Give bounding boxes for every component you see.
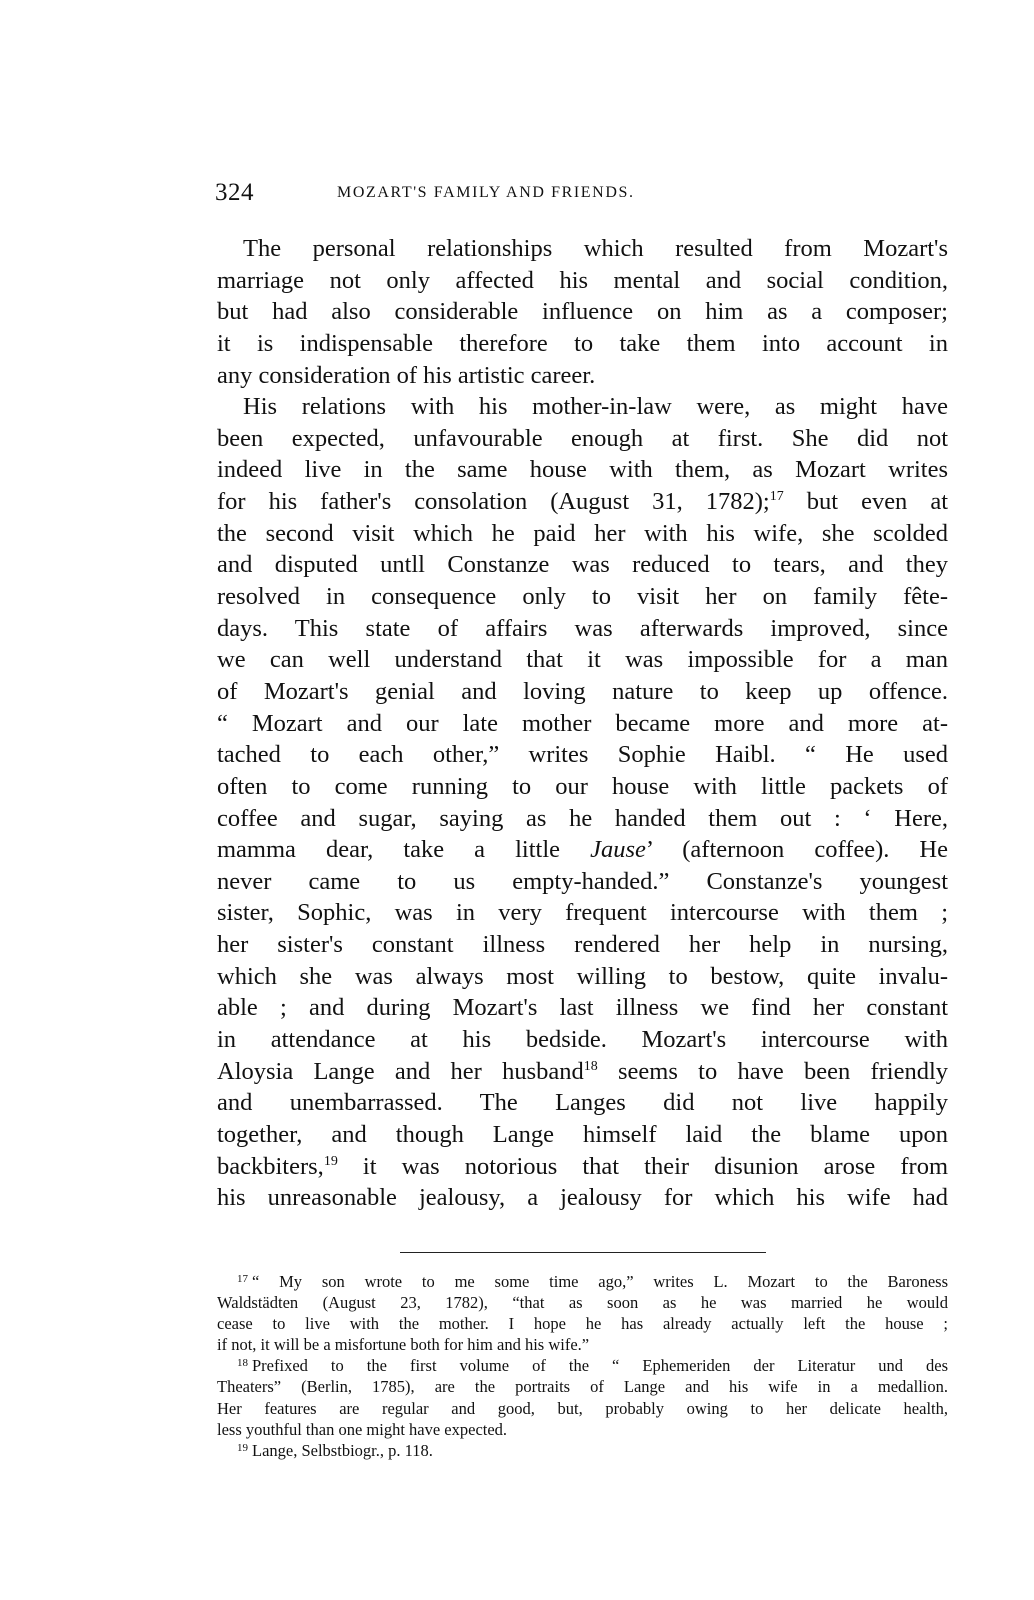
text-line: days. This state of affairs was afterwar… [217, 613, 948, 645]
text-segment: seems to have been friendly [598, 1058, 948, 1085]
text-line: her sister's constant illness rendered h… [217, 929, 948, 961]
text-segment: Aloysia Lange and her husband [217, 1058, 584, 1085]
footnote-text: “ My son wrote to me some time ago,” wri… [252, 1272, 948, 1291]
text-line: “ Mozart and our late mother became more… [217, 708, 948, 740]
footnote-line: Theaters” (Berlin, 1785), are the portra… [217, 1376, 948, 1397]
text-line: never came to us empty-handed.” Constanz… [217, 866, 948, 898]
text-line: The personal relationships which resulte… [217, 233, 948, 265]
text-line: it is indispensable therefore to take th… [217, 328, 948, 360]
text-segment: mamma dear, take a little [217, 836, 590, 863]
text-segment: for his father's consolation (August 31,… [217, 488, 770, 515]
text-segment: ’ (afternoon coffee). He [646, 836, 948, 863]
italic-term: Jause [590, 836, 646, 863]
footnote-line: cease to live with the mother. I hope he… [217, 1313, 948, 1334]
text-line: together, and though Lange himself laid … [217, 1119, 948, 1151]
text-line: but had also considerable influence on h… [217, 296, 948, 328]
footnote-ref-17[interactable]: 17 [770, 489, 784, 504]
text-line: for his father's consolation (August 31,… [217, 486, 948, 518]
text-line: backbiters,19 it was notorious that thei… [217, 1151, 948, 1183]
footnote-number: 17 [237, 1273, 248, 1285]
footnote-19: 19Lange, Selbstbiogr., p. 118. [217, 1440, 948, 1461]
body-text: The personal relationships which resulte… [217, 233, 948, 1214]
text-line: which she was always most willing to bes… [217, 961, 948, 993]
text-line: marriage not only affected his mental an… [217, 265, 948, 297]
footnotes: 17“ My son wrote to me some time ago,” w… [217, 1271, 948, 1461]
text-line: been expected, unfavourable enough at fi… [217, 423, 948, 455]
footnote-text: Prefixed to the first volume of the “ Ep… [252, 1356, 948, 1375]
text-line: resolved in consequence only to visit he… [217, 581, 948, 613]
page-number: 324 [215, 179, 254, 207]
footnote-number: 18 [237, 1357, 248, 1369]
text-line: able ; and during Mozart's last illness … [217, 992, 948, 1024]
running-title: MOZART'S FAMILY AND FRIENDS. [337, 184, 635, 202]
text-line: His relations with his mother-in-law wer… [217, 391, 948, 423]
text-line: and unembarrassed. The Langes did not li… [217, 1087, 948, 1119]
text-line: we can well understand that it was impos… [217, 644, 948, 676]
footnote-line: less youthful than one might have expect… [217, 1419, 948, 1440]
footnote-ref-18[interactable]: 18 [584, 1059, 598, 1074]
text-line: any consideration of his artistic career… [217, 360, 948, 392]
book-page: 324 MOZART'S FAMILY AND FRIENDS. The per… [0, 0, 1034, 1600]
text-line: in attendance at his bedside. Mozart's i… [217, 1024, 948, 1056]
page-header: 324 MOZART'S FAMILY AND FRIENDS. [215, 179, 950, 209]
footnote-number: 19 [237, 1442, 248, 1454]
text-line: and disputed untll Constanze was reduced… [217, 549, 948, 581]
footnote-17: 17“ My son wrote to me some time ago,” w… [217, 1271, 948, 1292]
text-segment: but even at [784, 488, 948, 515]
text-line: the second visit which he paid her with … [217, 518, 948, 550]
text-line: tached to each other,” writes Sophie Hai… [217, 739, 948, 771]
footnote-line: Her features are regular and good, but, … [217, 1398, 948, 1419]
text-segment: backbiters, [217, 1153, 324, 1180]
footnote-separator [400, 1252, 766, 1253]
footnote-ref-19[interactable]: 19 [324, 1154, 338, 1169]
footnote-line: if not, it will be a misfortune both for… [217, 1334, 948, 1355]
text-line: indeed live in the same house with them,… [217, 454, 948, 486]
text-line: coffee and sugar, saying as he handed th… [217, 803, 948, 835]
text-segment: it was notorious that their disunion aro… [338, 1153, 948, 1180]
footnote-text: Lange, Selbstbiogr., p. 118. [252, 1441, 433, 1460]
footnote-18: 18Prefixed to the first volume of the “ … [217, 1355, 948, 1376]
text-line: of Mozart's genial and loving nature to … [217, 676, 948, 708]
text-line: sister, Sophic, was in very frequent int… [217, 897, 948, 929]
text-line: Aloysia Lange and her husband18 seems to… [217, 1056, 948, 1088]
text-line: often to come running to our house with … [217, 771, 948, 803]
footnote-line: Waldstädten (August 23, 1782), “that as … [217, 1292, 948, 1313]
text-line: mamma dear, take a little Jause’ (aftern… [217, 834, 948, 866]
text-line: his unreasonable jealousy, a jealousy fo… [217, 1182, 948, 1214]
